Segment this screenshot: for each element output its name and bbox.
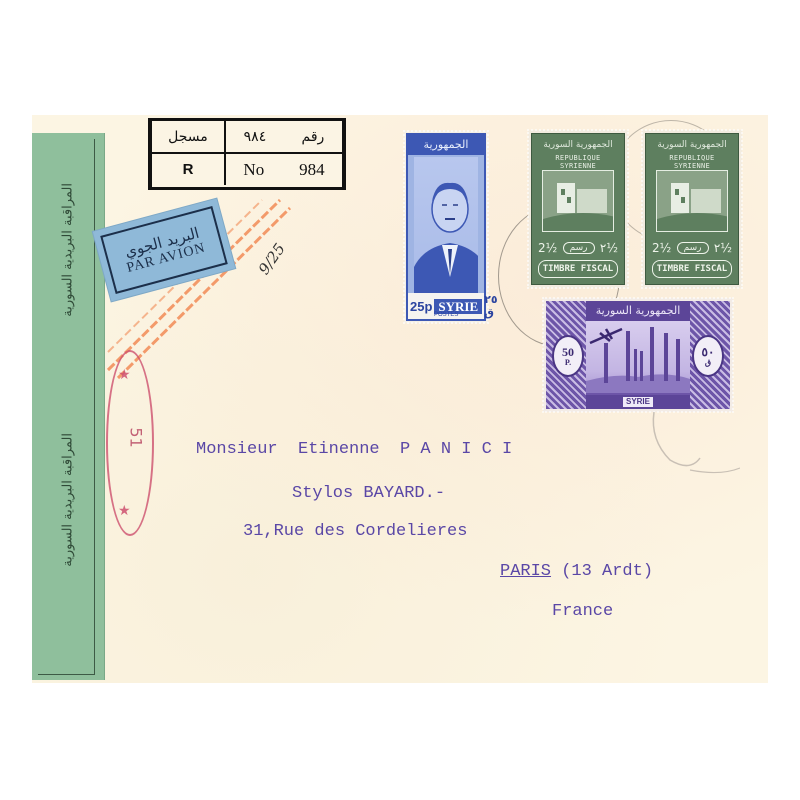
- address-line-company: Stylos BAYARD.-: [292, 484, 445, 503]
- stamp-unit-ar: ق: [705, 358, 711, 367]
- stamp-value-right: ٢½: [600, 241, 618, 255]
- stamp-caption: TIMBRE FISCAL: [538, 260, 618, 278]
- censor-number: 51: [127, 427, 146, 447]
- stamp-value-ar: ٢٥ ق: [484, 293, 497, 319]
- columns-plane-image: [586, 321, 690, 393]
- censor-oval-stamp: ★ ★ 51: [106, 350, 154, 536]
- stamp-value-ar: ٥٠: [702, 346, 715, 358]
- stamp-country-fr: REPUBLIQUE SYRIENNE: [652, 154, 732, 166]
- stamp-fiscal-1: الجمهورية السورية REPUBLIQUE SYRIENNE 2½…: [528, 130, 628, 288]
- stamp-postes-label: POSTES: [434, 312, 458, 318]
- stamp-country-ar: الجمهورية السورية: [408, 135, 484, 155]
- address-city: PARIS: [500, 562, 551, 581]
- stamp-country: SYRIE: [623, 397, 653, 407]
- address-district: (13 Ardt): [551, 562, 653, 581]
- reg-registered-ar: مسجل: [152, 121, 226, 152]
- stamp-caption: TIMBRE FISCAL: [652, 260, 732, 278]
- stamp-country-ar: الجمهورية السورية: [586, 301, 690, 321]
- address-line-country: France: [552, 602, 613, 621]
- stamp-unit: P.: [565, 358, 571, 367]
- censor-tape-text-bottom: المراقبة البريدية السورية: [61, 433, 76, 567]
- reg-no-label: No: [243, 160, 264, 180]
- address-line-city: PARIS (13 Ardt): [500, 562, 653, 581]
- censor-tape: المراقبة البريدية السورية المراقبة البري…: [32, 133, 104, 680]
- reg-number-ar: ٩٨٤: [244, 129, 267, 145]
- castle-image: [542, 170, 614, 232]
- stamp-value-left: 2½: [538, 241, 557, 255]
- stamp-25p-portrait: الجمهورية السورية 25p SYRIE ٢٥ ق POSTES: [404, 131, 488, 323]
- castle-image: [656, 170, 728, 232]
- stamp-value: 25p: [408, 299, 432, 314]
- stamp-value-left: 2½: [652, 241, 671, 255]
- star-icon: ★: [118, 502, 131, 519]
- stamp-value: 50: [562, 346, 574, 358]
- stamp-country-ar: الجمهورية السورية: [538, 140, 618, 154]
- pencil-marks: [640, 410, 740, 490]
- reg-number-label-ar: رقم: [302, 129, 325, 145]
- star-icon: ★: [118, 366, 131, 383]
- stamp-value-right: ٢½: [714, 241, 732, 255]
- portrait-image: [414, 157, 478, 293]
- registration-label: مسجل ٩٨٤ رقم R No 984: [148, 118, 346, 190]
- reg-number: 984: [299, 160, 325, 180]
- address-line-street: 31,Rue des Cordelieres: [243, 522, 467, 541]
- stamp-fiscal-2: الجمهورية السورية REPUBLIQUE SYRIENNE 2½…: [642, 130, 742, 288]
- stamp-country-fr: REPUBLIQUE SYRIENNE: [538, 154, 618, 166]
- address-line-name: Monsieur Etinenne P A N I C I: [196, 440, 512, 459]
- censor-tape-text-top: المراقبة البريدية السورية: [61, 183, 76, 317]
- stamp-50p-airmail: 50 P. ٥٠ ق الجمهورية السورية SYRIE: [543, 298, 733, 412]
- reg-letter: R: [152, 154, 226, 185]
- stamp-country-ar: الجمهورية السورية: [652, 140, 732, 154]
